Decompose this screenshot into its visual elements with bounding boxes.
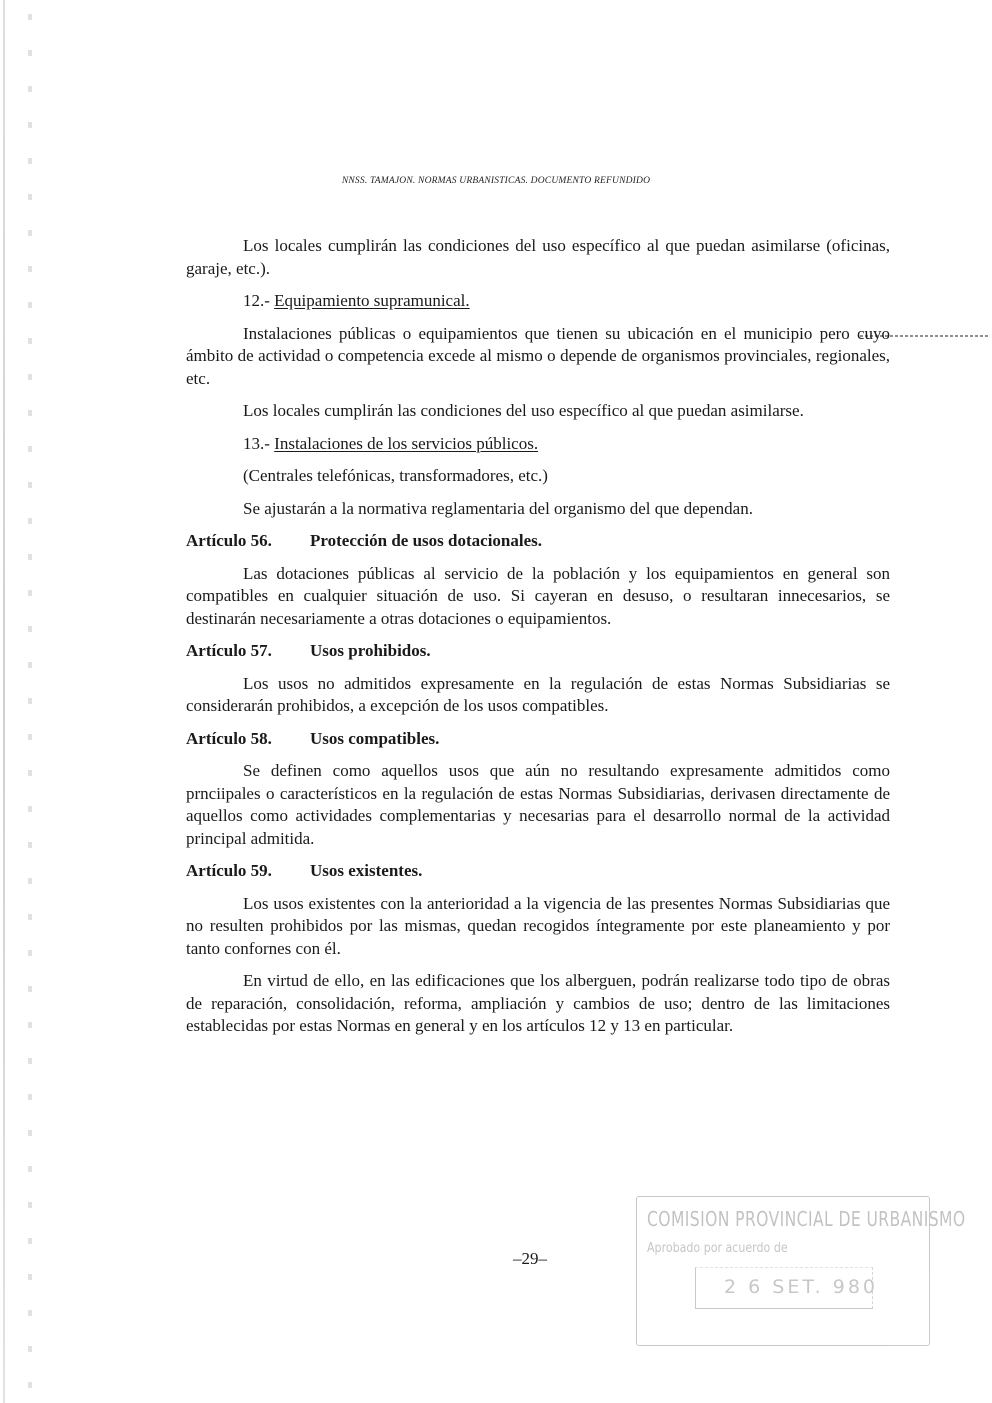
paragraph: Los usos existentes con la anterioridad … <box>186 893 890 961</box>
article-heading-56: Artículo 56.Protección de usos dotaciona… <box>186 530 890 553</box>
article-title: Protección de usos dotacionales. <box>310 531 542 550</box>
article-heading-57: Artículo 57.Usos prohibidos. <box>186 640 890 663</box>
article-heading-58: Artículo 58.Usos compatibles. <box>186 728 890 751</box>
paragraph: Los locales cumplirán las condiciones de… <box>186 400 890 423</box>
paragraph: En virtud de ello, en las edificaciones … <box>186 970 890 1038</box>
approval-stamp: COMISION PROVINCIAL DE URBANISMO Aprobad… <box>636 1196 930 1346</box>
paragraph: (Centrales telefónicas, transformadores,… <box>186 465 890 488</box>
article-number: Artículo 59. <box>186 860 310 883</box>
running-header: NNSS. TAMAJON. NORMAS URBANISTICAS. DOCU… <box>0 176 992 186</box>
article-title: Usos compatibles. <box>310 729 439 748</box>
document-body: Los locales cumplirán las condiciones de… <box>186 235 890 1048</box>
article-title: Usos existentes. <box>310 861 422 880</box>
stamp-subtitle: Aprobado por acuerdo de <box>647 1241 788 1256</box>
stamp-date-box: 2 6 SET. 980 <box>695 1267 873 1309</box>
paragraph: Instalaciones públicas o equipamientos q… <box>186 323 890 391</box>
item-heading-12: 12.- Equipamiento supramunical. <box>186 290 890 313</box>
article-number: Artículo 58. <box>186 728 310 751</box>
article-number: Artículo 57. <box>186 640 310 663</box>
paragraph: Las dotaciones públicas al servicio de l… <box>186 563 890 631</box>
page-number: –29– <box>500 1249 560 1269</box>
article-title: Usos prohibidos. <box>310 641 431 660</box>
item-heading-13: 13.- Instalaciones de los servicios públ… <box>186 433 890 456</box>
item-number: 13.- <box>243 434 274 453</box>
item-title: Instalaciones de los servicios públicos. <box>274 434 538 453</box>
article-number: Artículo 56. <box>186 530 310 553</box>
binding-holes-artifact <box>28 0 32 1403</box>
item-number: 12.- <box>243 291 274 310</box>
item-title: Equipamiento supramunical. <box>274 291 469 310</box>
stamp-date: 2 6 SET. 980 <box>724 1276 878 1298</box>
stamp-title: COMISION PROVINCIAL DE URBANISMO <box>647 1207 966 1231</box>
paragraph: Se ajustarán a la normativa reglamentari… <box>186 498 890 521</box>
paragraph: Se definen como aquellos usos que aún no… <box>186 760 890 850</box>
article-heading-59: Artículo 59.Usos existentes. <box>186 860 890 883</box>
scan-edge-artifact <box>3 0 5 1403</box>
paragraph: Los locales cumplirán las condiciones de… <box>186 235 890 280</box>
paragraph: Los usos no admitidos expresamente en la… <box>186 673 890 718</box>
